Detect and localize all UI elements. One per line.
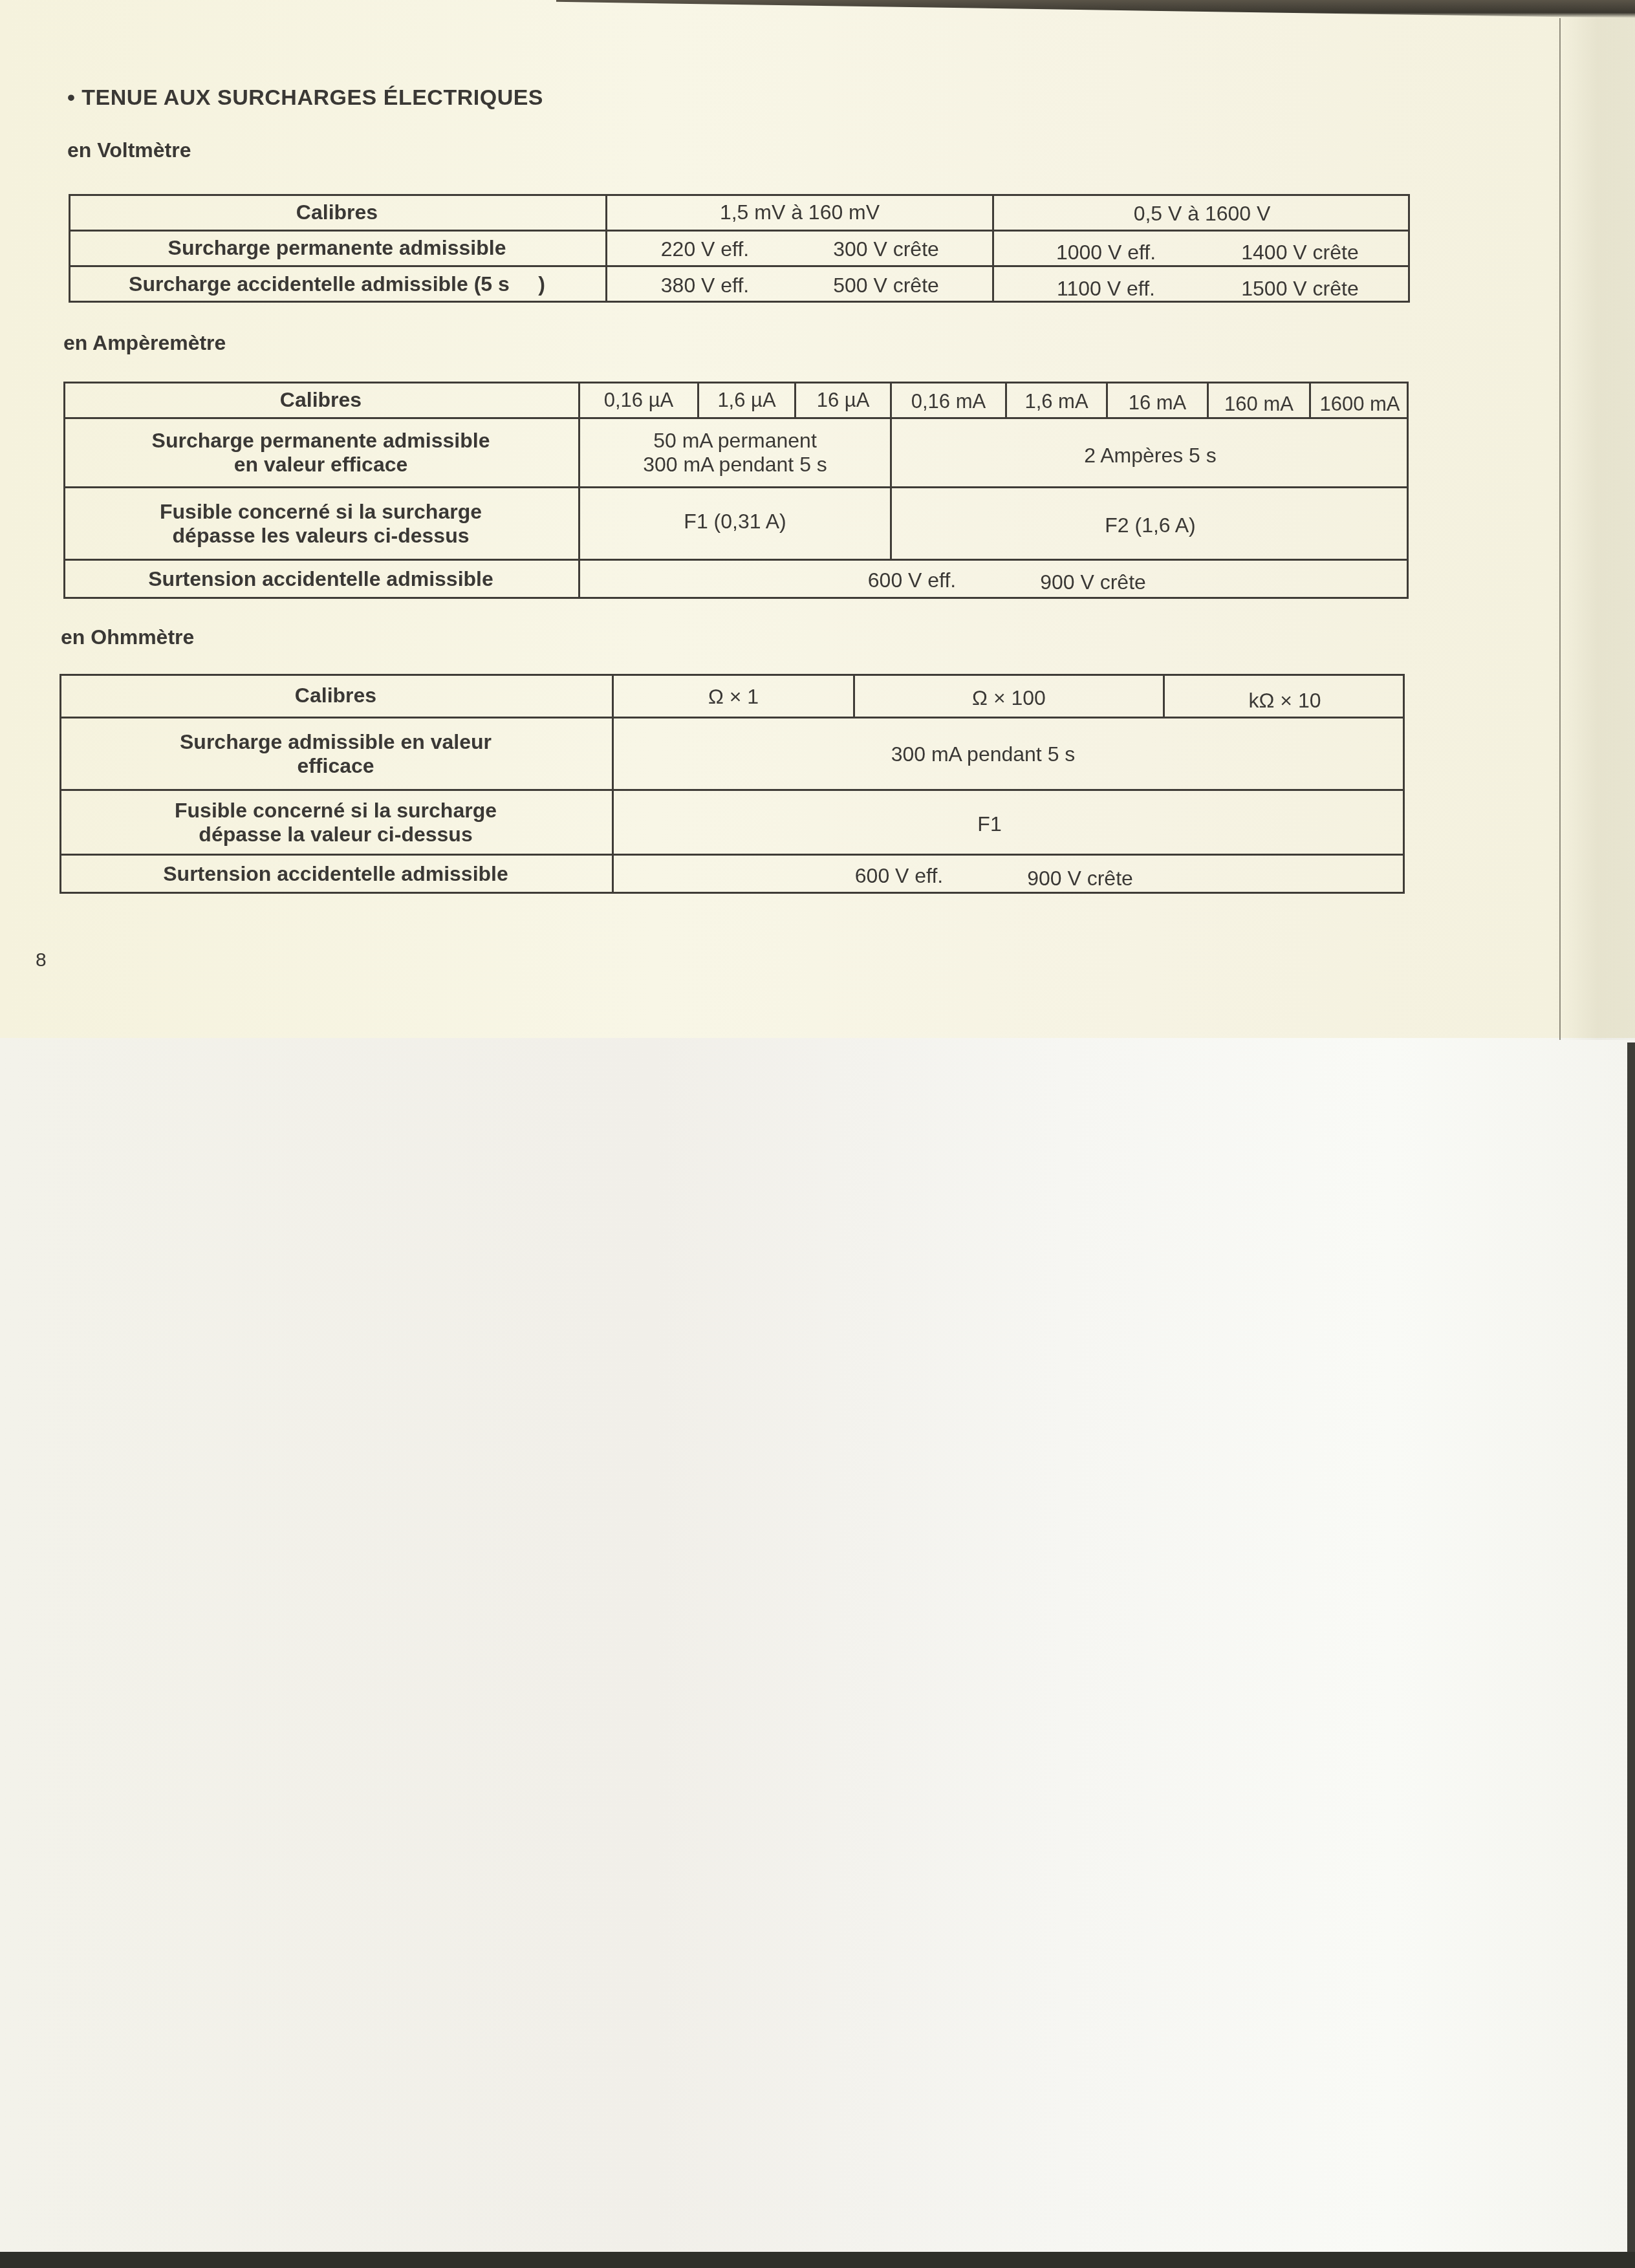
voltmeter-range-mv: 1,5 mV à 160 mV [607, 194, 992, 230]
voltmeter-permanent-mv-eff: 220 V eff. [608, 231, 802, 267]
ammeter-calibre: 160 mA [1209, 387, 1309, 422]
voltmeter-accidental-v-crete: 1500 V crête [1203, 270, 1397, 307]
voltmeter-accidental-label: Surcharge accidentelle admissible (5 s ) [69, 266, 605, 301]
ohmmeter-calibre: Ω × 1 [614, 675, 853, 718]
ohmmeter-overload-label-line2: efficace [297, 754, 374, 778]
ohmmeter-surge-eff: 600 V eff. [802, 856, 996, 895]
scanner-edge-bottom [0, 2252, 1635, 2268]
ohmmeter-fuse-label: Fusible concerné si la surcharge dépasse… [60, 791, 612, 854]
ohmmeter-overload-label-line1: Surcharge admissible en valeur [180, 730, 492, 754]
ammeter-calibre: 1,6 mA [1007, 384, 1106, 419]
ammeter-permanent-label: Surcharge permanente admissible en valeu… [63, 419, 578, 486]
page-bottom-sheet [0, 1038, 1635, 2254]
section-heading-voltmeter: en Voltmètre [67, 138, 191, 162]
voltmeter-accidental-mv-crete: 500 V crête [789, 267, 983, 303]
ohmmeter-overload-label: Surcharge admissible en valeur efficace [60, 718, 612, 789]
ohmmeter-overload-value: 300 mA pendant 5 s [763, 718, 1203, 790]
voltmeter-permanent-mv-crete: 300 V crête [789, 231, 983, 267]
section-heading-ammeter: en Ampèremètre [63, 331, 226, 355]
ammeter-fuse-low: F1 (0,31 A) [580, 486, 890, 556]
ammeter-surge-label: Surtension accidentelle admissible [63, 561, 578, 598]
ammeter-permanent-low-line2: 300 mA pendant 5 s [643, 453, 827, 477]
ammeter-calibre: 16 mA [1108, 385, 1207, 420]
ammeter-fuse-label: Fusible concerné si la surcharge dépasse… [63, 488, 578, 559]
voltmeter-permanent-v-crete: 1400 V crête [1203, 234, 1397, 270]
ammeter-surge-crete: 900 V crête [996, 563, 1190, 601]
ammeter-permanent-low-line1: 50 mA permanent [653, 429, 817, 453]
voltmeter-permanent-v-eff: 1000 V eff. [1009, 234, 1203, 270]
voltmeter-calibres-label: Calibres [69, 194, 605, 230]
ammeter-calibre: 1600 mA [1311, 387, 1409, 422]
ammeter-calibre: 1,6 µA [699, 383, 794, 418]
ohmmeter-surge-crete: 900 V crête [983, 859, 1177, 898]
ammeter-calibres-label: Calibres [63, 382, 578, 418]
ammeter-calibre: 16 µA [796, 383, 890, 418]
ohmmeter-calibres-label: Calibres [60, 674, 612, 717]
section-heading-ohmmeter: en Ohmmètre [61, 625, 194, 649]
ammeter-permanent-label-line2: en valeur efficace [234, 453, 408, 477]
scanner-edge-right [1627, 1042, 1635, 2258]
page-fold-line [1559, 18, 1561, 1040]
ammeter-permanent-label-line1: Surcharge permanente admissible [152, 429, 490, 453]
ammeter-fuse-high: F2 (1,6 A) [892, 490, 1409, 560]
page-number: 8 [36, 949, 47, 971]
ammeter-permanent-low-range: 50 mA permanent 300 mA pendant 5 s [580, 419, 890, 486]
voltmeter-accidental-v-eff: 1100 V eff. [1009, 270, 1203, 307]
page-title: • TENUE AUX SURCHARGES ÉLECTRIQUES [67, 85, 543, 111]
page-fold-shadow [1561, 18, 1635, 1040]
ammeter-calibre: 0,16 mA [892, 384, 1005, 419]
ohmmeter-fuse-label-line1: Fusible concerné si la surcharge [175, 799, 497, 823]
ohmmeter-calibre: Ω × 100 [855, 676, 1163, 719]
ammeter-calibre: 0,16 µA [580, 383, 697, 418]
voltmeter-range-v: 0,5 V à 1600 V [994, 195, 1410, 232]
ohmmeter-fuse-value: F1 [893, 791, 1087, 857]
ammeter-fuse-label-line1: Fusible concerné si la surcharge [160, 500, 482, 524]
ammeter-surge-eff: 600 V eff. [815, 561, 1009, 599]
ohmmeter-calibre: kΩ × 10 [1165, 679, 1405, 722]
ohmmeter-fuse-label-line2: dépasse la valeur ci-dessus [199, 823, 472, 847]
voltmeter-permanent-label: Surcharge permanente admissible [69, 231, 605, 265]
ammeter-fuse-label-line2: dépasse les valeurs ci-dessus [173, 524, 470, 548]
ohmmeter-surge-label: Surtension accidentelle admissible [60, 856, 612, 892]
voltmeter-accidental-mv-eff: 380 V eff. [608, 267, 802, 303]
ammeter-permanent-high-range: 2 Ampères 5 s [892, 422, 1409, 489]
